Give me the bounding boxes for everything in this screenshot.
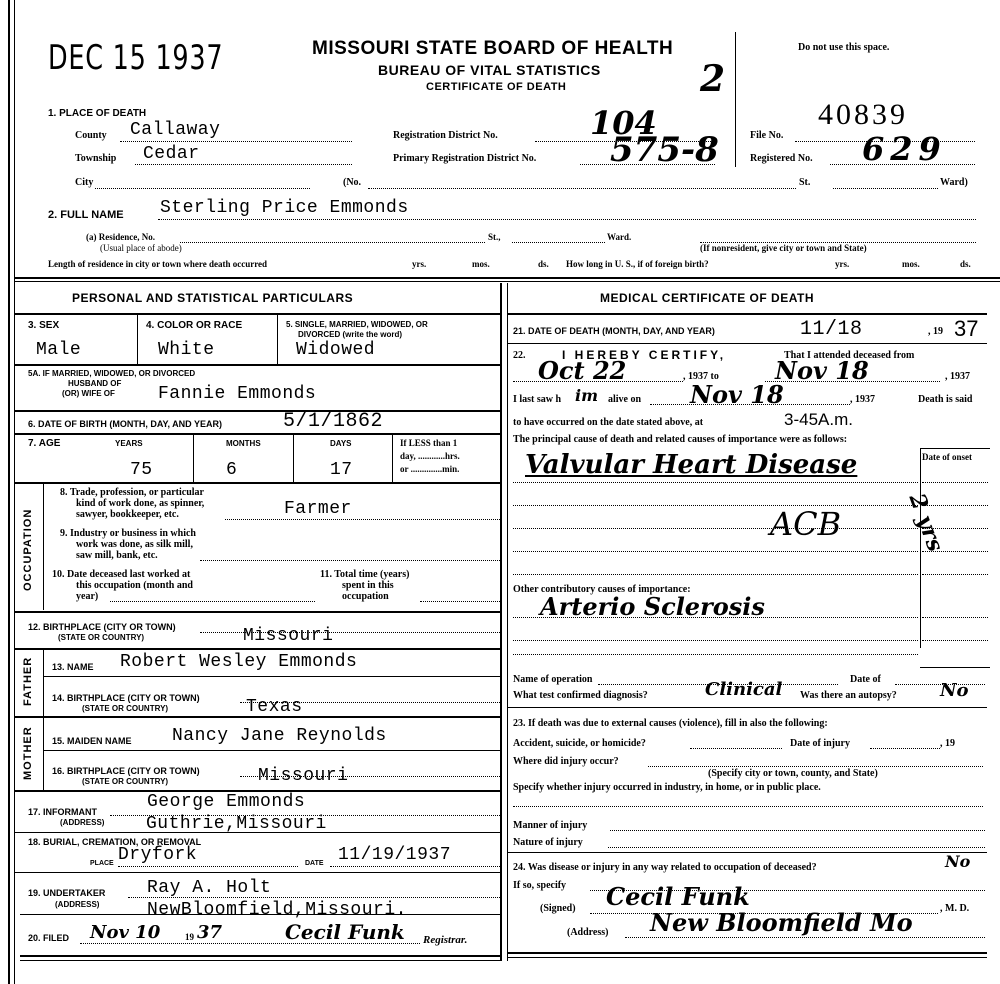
signed-label: (Signed) [540, 903, 576, 914]
mother-birthplace-state-label: (STATE OR COUNTRY) [82, 777, 168, 786]
county-label: County [75, 130, 107, 141]
foreign-mos-label: mos. [902, 259, 920, 269]
row-rule-22 [507, 707, 987, 708]
industry-label-3: saw mill, bank, etc. [76, 550, 158, 561]
undertaker-address-value: NewBloomfield,Missouri. [147, 900, 407, 920]
injury-date-label: Date of injury [790, 738, 850, 749]
injury-year-label: , 19 [940, 738, 955, 749]
occupational-value: No [945, 852, 970, 871]
trade-label-1: 8. Trade, profession, or particular [60, 487, 204, 498]
row-rule-12 [14, 648, 501, 650]
bureau-subtitle: BUREAU OF VITAL STATISTICS [378, 62, 601, 78]
bottom-rule-right [507, 952, 987, 954]
nature-label: Nature of injury [513, 837, 583, 848]
full-name-line [158, 219, 976, 220]
contributory-value: Arterio Sclerosis [540, 592, 765, 621]
trade-label-3: sawyer, bookkeeper, etc. [76, 509, 179, 520]
registered-no-value: 629 [862, 130, 947, 168]
registered-no-label: Registered No. [750, 153, 813, 164]
last-worked-label-2: this occupation (month and [76, 580, 193, 591]
mother-name-value: Nancy Jane Reynolds [172, 726, 387, 746]
onset-line-4 [922, 551, 988, 552]
sex-value: Male [36, 340, 81, 360]
left-border-outer [8, 0, 10, 984]
death-year-prefix: , 19 [928, 326, 943, 337]
occurred-at-label: to have occurred on the date stated abov… [513, 417, 703, 428]
mother-birthplace-value: Missouri [258, 766, 348, 786]
residence-ward-label: Ward. [607, 232, 631, 242]
operation-label: Name of operation [513, 674, 592, 685]
onset-line-6 [922, 617, 988, 618]
race-label: 4. COLOR OR RACE [146, 320, 242, 331]
last-worked-line [110, 601, 315, 602]
row-rule-7 [14, 482, 501, 484]
medical-title-rule [507, 313, 987, 315]
marital-value: Widowed [296, 340, 375, 360]
contributory-line-3 [513, 654, 918, 655]
residence-mos-label: mos. [472, 259, 490, 269]
years-months-divider [193, 434, 194, 482]
foreign-yrs-label: yrs. [835, 259, 849, 269]
test-value: Clinical [705, 679, 782, 700]
total-time-line [420, 601, 500, 602]
occupational-label: 24. Was disease or injury in any way rel… [513, 862, 817, 873]
less-than-label-2: day, ............hrs. [400, 451, 460, 461]
margin-mark: 2 [700, 58, 725, 100]
injury-where-label: Where did injury occur? [513, 756, 619, 767]
bottom-rule-left [20, 955, 500, 957]
mother-side-divider [43, 717, 44, 790]
county-value: Callaway [130, 120, 220, 140]
cause-line-1 [513, 482, 918, 483]
county-line [120, 141, 352, 142]
autopsy-value: No [940, 680, 968, 701]
cause-line-2 [513, 505, 918, 506]
operation-date-label: Date of [850, 674, 881, 685]
dob-value: 5/1/1862 [283, 410, 383, 433]
attended-to-year: , 1937 [945, 371, 970, 382]
dob-label: 6. DATE OF BIRTH (MONTH, DAY, AND YEAR) [28, 419, 222, 429]
sex-race-divider [137, 314, 138, 364]
total-time-label-2: spent in this [342, 580, 394, 591]
received-date-stamp: DEC 15 1937 [48, 38, 223, 78]
total-time-label-1: 11. Total time (years) [320, 569, 409, 580]
birthplace-label: 12. BIRTHPLACE (CITY OR TOWN) [28, 622, 176, 632]
file-no-label: File No. [750, 130, 783, 141]
board-title: MISSOURI STATE BOARD OF HEALTH [312, 38, 673, 60]
onset-line-1 [922, 482, 988, 483]
attended-from-value: Oct 22 [538, 356, 626, 385]
registrar-label: Registrar. [423, 934, 467, 946]
trade-line [225, 519, 500, 520]
race-marital-divider [277, 314, 278, 364]
autopsy-label: Was there an autopsy? [800, 690, 897, 701]
residence-line [180, 242, 485, 243]
row-rule-6 [14, 433, 501, 435]
ward-line [833, 188, 938, 189]
test-label: What test confirmed diagnosis? [513, 690, 648, 701]
foreign-birth-label: How long in U. S., if of foreign birth? [566, 259, 709, 269]
date-of-death-label: 21. DATE OF DEATH (MONTH, DAY, AND YEAR) [513, 326, 715, 336]
father-name-label: 13. NAME [52, 662, 94, 672]
registration-district-label: Registration District No. [393, 130, 498, 141]
mother-birthplace-label: 16. BIRTHPLACE (CITY OR TOWN) [52, 766, 200, 776]
informant-value: George Emmonds [147, 792, 305, 812]
mother-name-rule [44, 750, 501, 751]
onset-column-top [920, 448, 990, 449]
accident-label: Accident, suicide, or homicide? [513, 738, 646, 749]
residence-st-label: St., [488, 232, 501, 242]
bottom-rule-right-2 [507, 957, 987, 958]
marital-label-1: 5. SINGLE, MARRIED, WIDOWED, OR [286, 320, 428, 329]
cause-intro: The principal cause of death and related… [513, 434, 847, 445]
personal-title-rule [14, 313, 501, 315]
physician-address-value: New Bloomfield Mo [650, 908, 913, 937]
onset-line-7 [922, 640, 988, 641]
months-days-divider [293, 434, 294, 482]
burial-place-label: PLACE [90, 860, 114, 867]
onset-line-3 [922, 528, 988, 529]
father-name-rule [44, 676, 501, 677]
death-year-value: 37 [954, 316, 978, 342]
cause-line-4 [513, 551, 918, 552]
mother-side-label: MOTHER [22, 720, 34, 786]
header-divider [735, 32, 736, 167]
external-causes-label: 23. If death was due to external causes … [513, 718, 828, 729]
nonresident-note: (If nonresident, give city or town and S… [700, 243, 867, 253]
burial-date-value: 11/19/1937 [338, 845, 451, 865]
primary-registration-value: 575-8 [610, 130, 719, 170]
burial-place-value: Dryfork [118, 845, 197, 865]
township-value: Cedar [143, 144, 200, 164]
date-of-death-value: 11/18 [800, 318, 863, 341]
residence-yrs-label: yrs. [412, 259, 426, 269]
injury-where-line [648, 766, 983, 767]
injury-date-line [870, 748, 940, 749]
birthplace-value: Missouri [243, 626, 333, 646]
last-saw-year: , 1937 [850, 394, 875, 405]
race-value: White [158, 340, 215, 360]
less-than-label-3: or ..............min. [400, 464, 459, 474]
top-section-divider-2 [14, 281, 1000, 282]
row-rule-19 [20, 914, 501, 915]
last-saw-date: Nov 18 [690, 380, 784, 409]
row-rule-21 [507, 343, 987, 344]
sex-label: 3. SEX [28, 320, 59, 331]
industry-line [200, 560, 500, 561]
accident-line [690, 748, 782, 749]
father-birthplace-value: Texas [246, 697, 303, 717]
death-said-label: Death is said [918, 394, 972, 405]
spouse-label-2: HUSBAND OF [68, 379, 121, 388]
age-years-label: YEARS [115, 439, 143, 448]
specify-place-note: (Specify city or town, county, and State… [708, 768, 878, 779]
physician-address-line [625, 937, 985, 938]
length-of-residence-label: Length of residence in city or town wher… [48, 259, 267, 269]
industry-label-1: 9. Industry or business in which [60, 528, 196, 539]
if-so-label: If so, specify [513, 880, 566, 891]
office-use-note: Do not use this space. [798, 42, 889, 53]
informant-label: 17. INFORMANT [28, 807, 97, 817]
st-label: St. [799, 177, 810, 188]
row-rule-3 [14, 364, 501, 366]
burial-date-label: DATE [305, 860, 324, 867]
center-divider-2 [507, 283, 508, 961]
filed-label: 20. FILED [28, 933, 69, 943]
attended-to-value: Nov 18 [775, 356, 869, 385]
physician-signature: Cecil Funk [606, 882, 750, 911]
father-birthplace-label: 14. BIRTHPLACE (CITY OR TOWN) [52, 693, 200, 703]
age-months-label: MONTHS [226, 439, 261, 448]
last-worked-label-3: year) [76, 591, 98, 602]
personal-section-title: PERSONAL AND STATISTICAL PARTICULARS [72, 291, 353, 305]
principal-cause-value: Valvular Heart Disease [525, 450, 857, 480]
burial-place-line [118, 866, 298, 867]
registrar-signature: Cecil Funk [285, 920, 405, 944]
less-than-label-1: If LESS than 1 [400, 438, 457, 448]
row-rule-father [14, 716, 501, 718]
time-of-death-value: 3-45A.m. [784, 410, 853, 430]
occupation-side-divider [43, 483, 44, 610]
age-months-value: 6 [226, 460, 237, 480]
full-name-value: Sterling Price Emmonds [160, 198, 409, 218]
primary-registration-label: Primary Registration District No. [393, 153, 536, 164]
last-saw-pronoun: im [575, 386, 598, 405]
onset-line-5 [922, 574, 988, 575]
file-number-stamp: 40839 [818, 98, 908, 132]
residence-ward-line [512, 242, 605, 243]
cause-line-5 [513, 574, 918, 575]
onset-column-bottom [920, 667, 990, 668]
mother-name-label: 15. MAIDEN NAME [52, 736, 132, 746]
birthplace-state-label: (STATE OR COUNTRY) [58, 633, 144, 642]
township-line [135, 164, 352, 165]
manner-line [610, 830, 985, 831]
onset-value: 2 yrs [904, 490, 949, 555]
marital-label-2: DIVORCED (write the word) [298, 330, 402, 339]
burial-date-line [330, 866, 500, 867]
undertaker-label: 19. UNDERTAKER [28, 888, 105, 898]
certify-number: 22. [513, 350, 526, 361]
trade-label-2: kind of work done, as spinner, [76, 498, 204, 509]
top-section-divider [14, 277, 1000, 279]
age-days-label: DAYS [330, 439, 352, 448]
foreign-ds-label: ds. [960, 259, 971, 269]
center-divider [500, 283, 502, 961]
usual-place-note: (Usual place of abode) [100, 243, 182, 253]
undertaker-address-label: (ADDRESS) [55, 900, 99, 909]
occupation-side-label: OCCUPATION [22, 490, 34, 610]
city-label: City [75, 177, 93, 188]
place-of-death-heading: 1. PLACE OF DEATH [48, 108, 146, 119]
physician-address-label: (Address) [567, 927, 608, 938]
last-saw-label: I last saw h [513, 394, 561, 405]
row-rule-17 [14, 832, 501, 833]
filed-date-value: Nov 10 [90, 922, 160, 943]
nature-line [608, 847, 985, 848]
father-birthplace-state-label: (STATE OR COUNTRY) [82, 704, 168, 713]
total-time-label-3: occupation [342, 591, 389, 602]
bottom-rule-left-2 [20, 960, 500, 961]
father-side-label: FATHER [22, 652, 34, 710]
specify-whether-label: Specify whether injury occurred in indus… [513, 782, 821, 793]
street-no-label: (No. [343, 177, 361, 188]
filed-year-value: 37 [197, 922, 222, 943]
days-less-divider [392, 434, 393, 482]
side-mark-initials: ACB [770, 505, 841, 543]
residence-label: (a) Residence, No. [86, 232, 155, 242]
contributory-line-2 [513, 640, 918, 641]
onset-header: Date of onset [922, 452, 990, 462]
row-rule-occupation [14, 611, 501, 613]
city-line [95, 188, 310, 189]
left-border-inner [14, 0, 15, 984]
undertaker-value: Ray A. Holt [147, 878, 271, 898]
cause-line-3 [513, 528, 918, 529]
specify-whether-line [513, 806, 983, 807]
certificate-type: CERTIFICATE OF DEATH [426, 81, 566, 93]
row-rule-18 [14, 872, 501, 873]
spouse-value: Fannie Emmonds [158, 384, 316, 404]
township-label: Township [75, 153, 116, 164]
spouse-label-3: (OR) WIFE OF [62, 389, 115, 398]
informant-address-value: Guthrie,Missouri [146, 814, 327, 834]
residence-ds-label: ds. [538, 259, 549, 269]
trade-value: Farmer [284, 499, 352, 519]
father-name-value: Robert Wesley Emmonds [120, 652, 357, 672]
industry-label-2: work was done, as silk mill, [76, 539, 193, 550]
father-side-divider [43, 649, 44, 716]
full-name-label: 2. FULL NAME [48, 209, 124, 221]
informant-address-label: (ADDRESS) [60, 818, 104, 827]
spouse-label-1: 5A. IF MARRIED, WIDOWED, OR DIVORCED [28, 369, 195, 378]
last-worked-label-1: 10. Date deceased last worked at [52, 569, 190, 580]
md-label: , M. D. [940, 903, 969, 914]
medical-section-title: MEDICAL CERTIFICATE OF DEATH [600, 291, 814, 305]
ward-label: Ward) [940, 177, 968, 188]
row-rule-23 [507, 852, 987, 853]
row-rule-5a [14, 410, 501, 412]
age-years-value: 75 [130, 460, 153, 480]
filed-year-prefix: 19 [185, 932, 194, 942]
onset-line-2 [922, 505, 988, 506]
manner-label: Manner of injury [513, 820, 587, 831]
street-line [368, 188, 796, 189]
alive-on-label: alive on [608, 394, 641, 405]
age-label: 7. AGE [28, 438, 60, 449]
age-days-value: 17 [330, 460, 353, 480]
